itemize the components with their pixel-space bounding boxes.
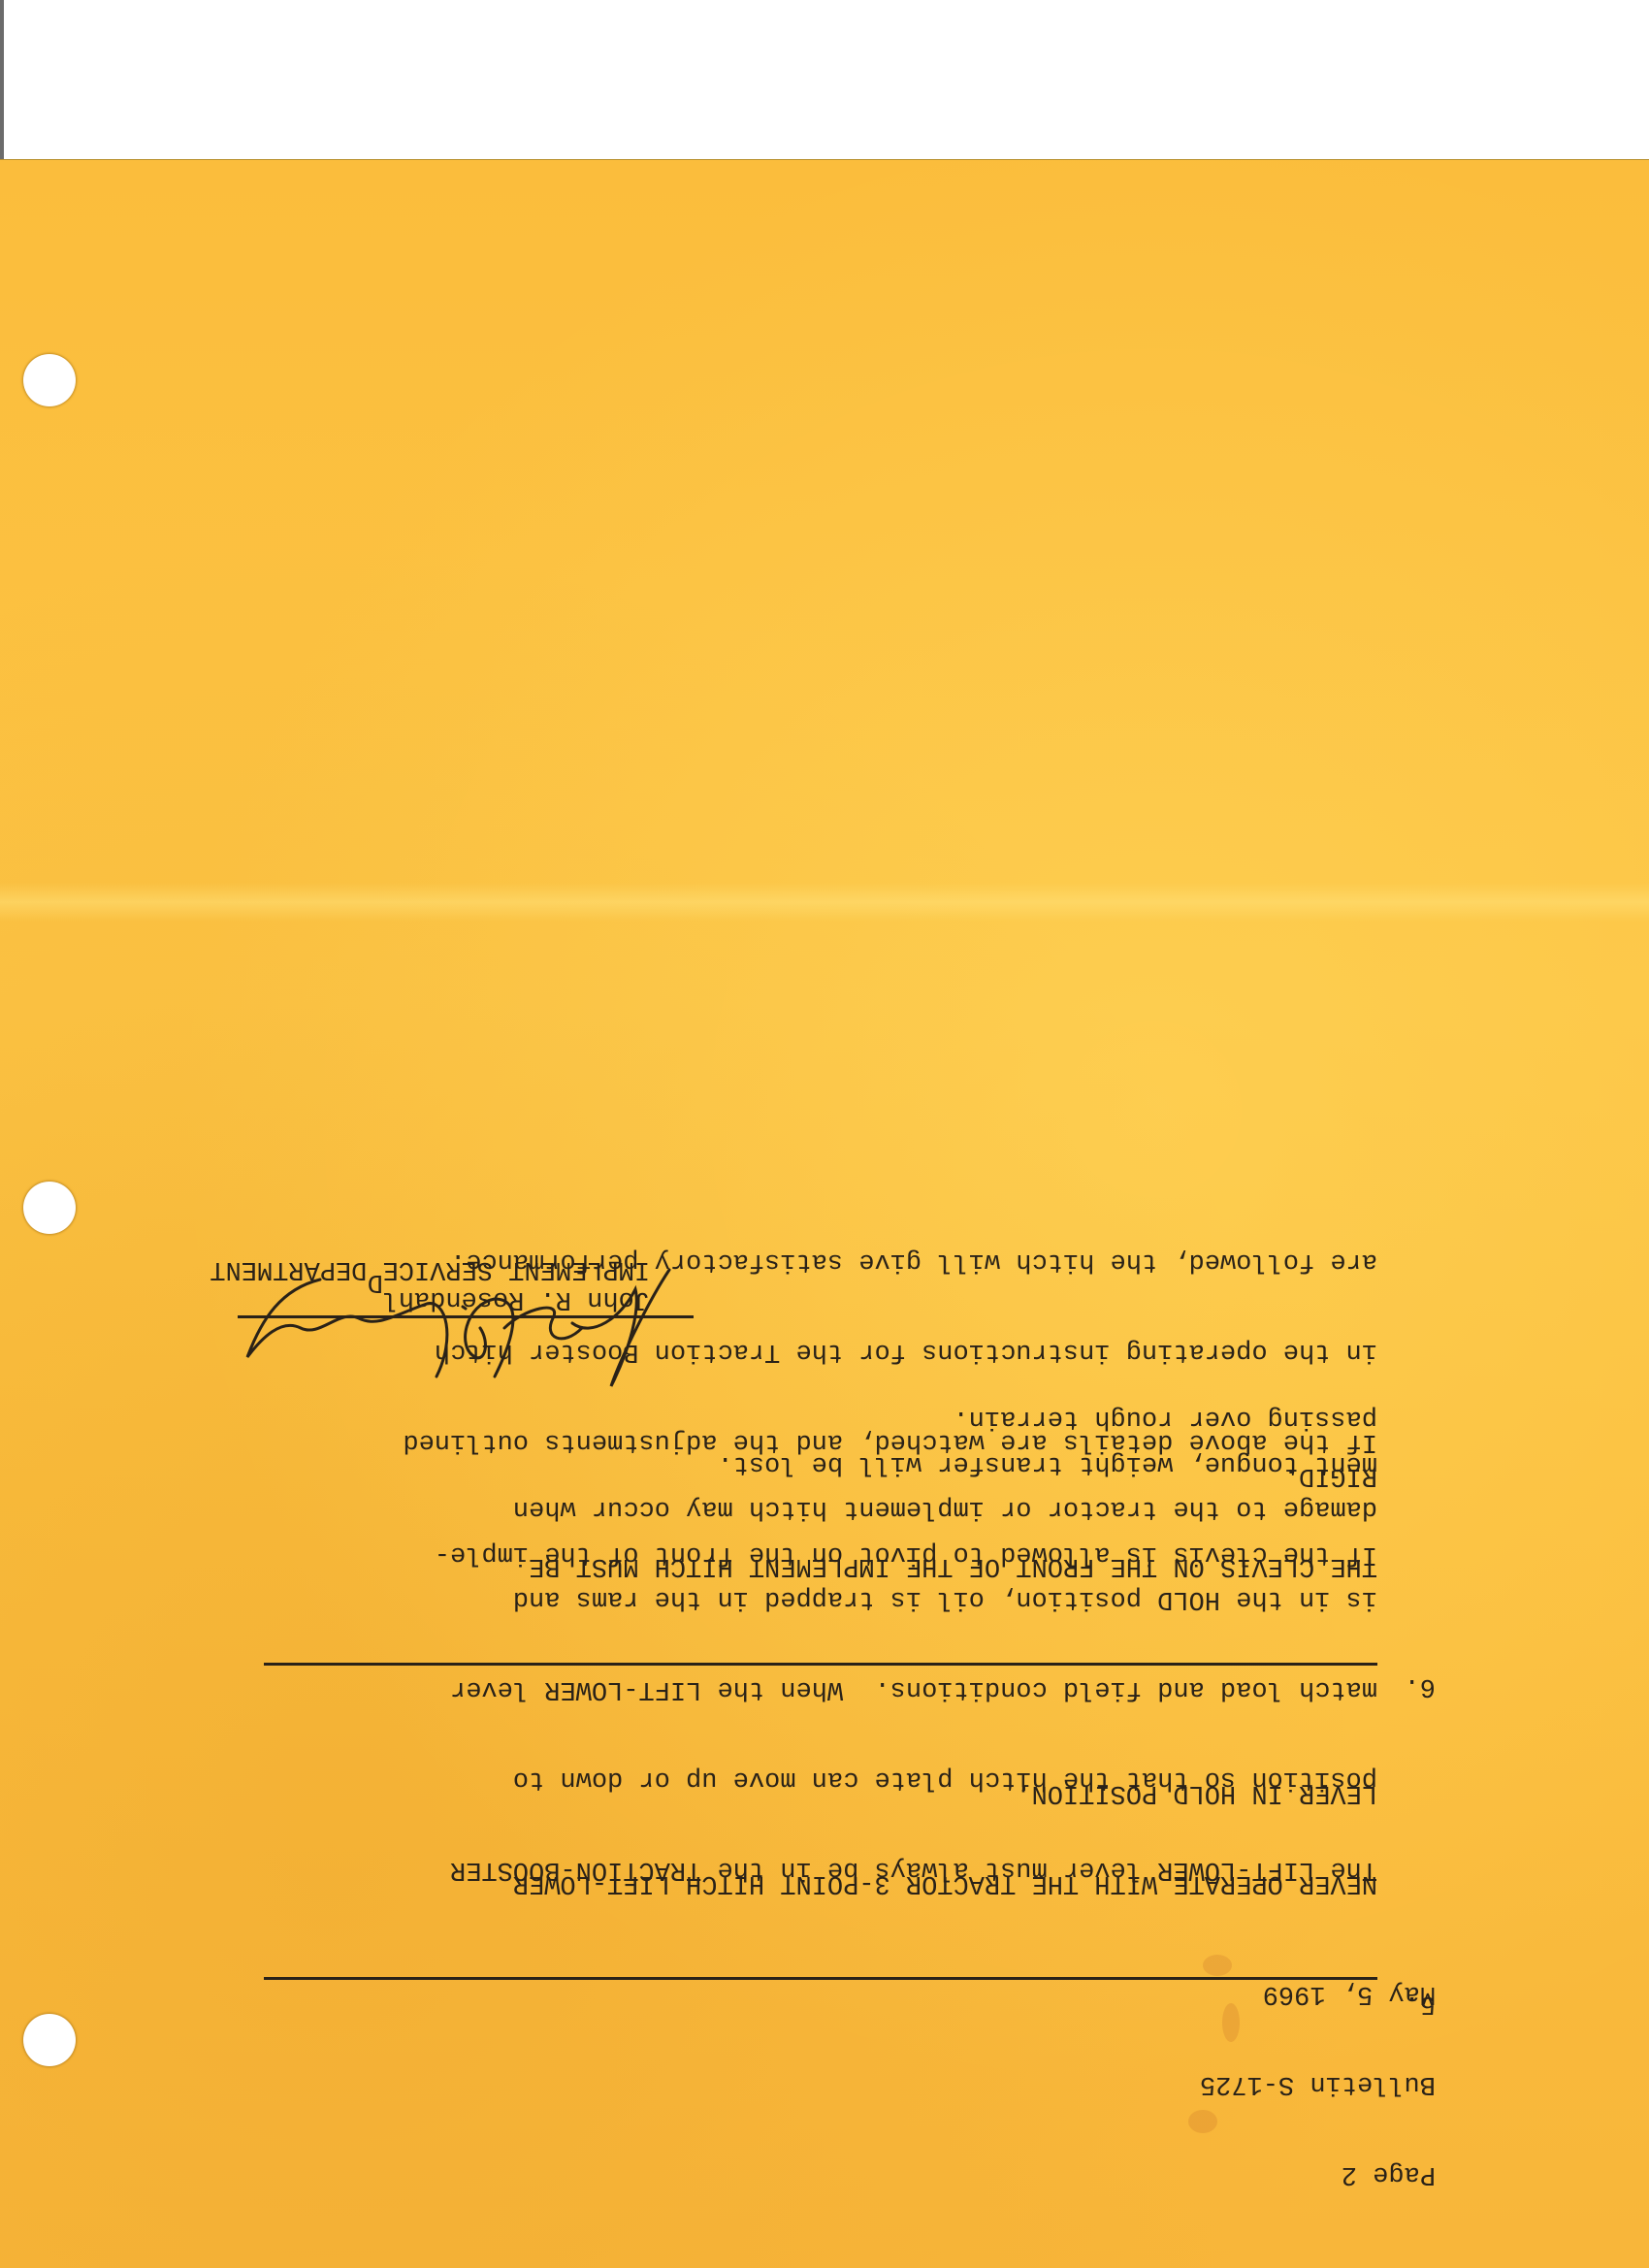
- signature-line: [238, 1315, 694, 1318]
- underline-rule: [264, 1663, 1377, 1666]
- scan-edge: [0, 0, 4, 160]
- body-line: If the clevis is allowed to pivot on the…: [165, 1539, 1377, 1569]
- item-number: 6.: [1405, 1670, 1436, 1701]
- page-marker: D: [368, 1266, 383, 1296]
- body-line: The LIFT-LOWER lever must always be in t…: [165, 1854, 1377, 1884]
- body-line: If the above details are watched, and th…: [165, 1426, 1377, 1456]
- signer-name: John R. Rosendahl: [210, 1283, 650, 1313]
- paper-sheet: Page 2 Bulletin S-1725 May 5, 1969 5. NE…: [0, 159, 1649, 2268]
- typed-content: Page 2 Bulletin S-1725 May 5, 1969 5. NE…: [0, 160, 1649, 2268]
- item-5: 5. NEVER OPERATE WITH THE TRACTOR 3-POIN…: [223, 1928, 1436, 2048]
- signature-block: John R. Rosendahl IMPLEMENT SERVICE DEPA…: [210, 1253, 650, 1313]
- item-number: 5.: [1405, 1988, 1436, 2018]
- signer-department: IMPLEMENT SERVICE DEPARTMENT: [210, 1253, 650, 1283]
- body-line: position so that the hitch plate can mov…: [165, 1764, 1377, 1794]
- bulletin-number: Bulletin S-1725: [223, 2068, 1436, 2098]
- underline-rule: [264, 1977, 1377, 1980]
- page-number: Page 2: [223, 2158, 1436, 2188]
